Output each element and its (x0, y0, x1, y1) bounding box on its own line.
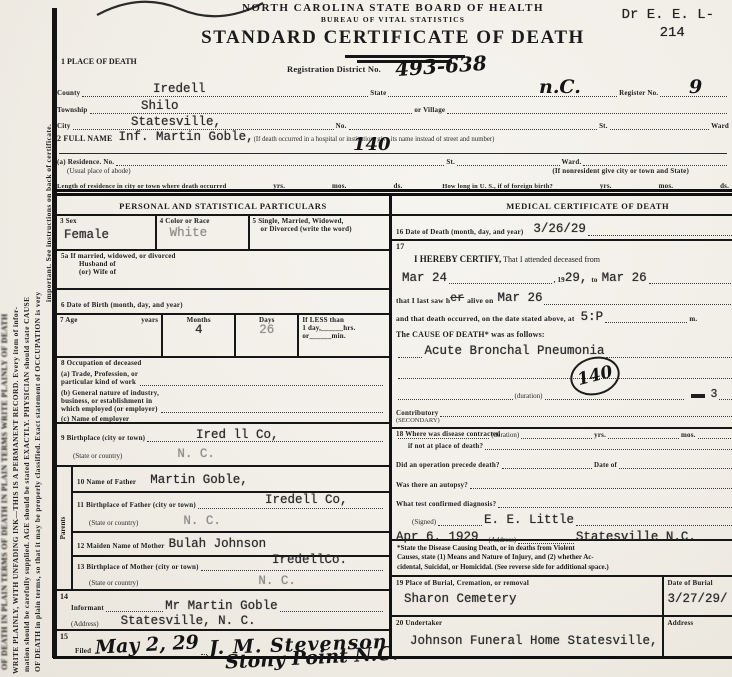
attended-dates-line: Mar 24 , 19 29, to Mar 26 , 19 29 (396, 272, 732, 285)
5a-label: 5a If married, widowed, or divorced (61, 252, 385, 260)
sex-box: 3 Sex Female (57, 216, 157, 249)
years-label: years (141, 316, 158, 355)
burial-date-cell: Date of Burial 3/27/29/ (664, 577, 732, 615)
signed-address-label: (Address) (489, 536, 517, 544)
operation-label: Did an operation precede death? (396, 461, 500, 469)
contributory-line: Contributory (396, 406, 732, 417)
occupation-row: 8 Occupation of deceased (a) Trade, Prof… (57, 358, 389, 424)
informant-address-label: (Address) (71, 620, 99, 628)
undertaker-row: 20 Undertaker Johnson Funeral Home State… (392, 617, 732, 656)
sex-label: 3 Sex (60, 217, 152, 225)
dotted-line (280, 601, 383, 612)
doctor-stamp: Dr E. E. L- 214 (622, 6, 714, 42)
margin-note-line2: mation should be carefully supplied. AGE… (22, 2, 31, 672)
medical-certificate-column: MEDICAL CERTIFICATE OF DEATH 16 Date of … (392, 196, 732, 656)
registration-line: 1 PLACE OF DEATH Registration District N… (57, 57, 729, 77)
state-country-label: (State or country) (73, 452, 122, 460)
residence-ward-label: Ward. (562, 158, 582, 166)
duration-days-value: 3 (710, 389, 717, 401)
race-label: 4 Color or Race (160, 217, 245, 225)
mother-birthplace-state: N. C. (258, 575, 296, 588)
filed-date-handwritten: May 2, 29 (95, 633, 200, 657)
abode-note: (Usual place of abode) (67, 167, 131, 175)
to-label: to (591, 276, 597, 284)
father-state-country-label: (State or country) (89, 519, 138, 527)
dotted-line (398, 389, 513, 400)
age-years-box: 7 Age years (57, 315, 163, 356)
county-row: County State Register No. Iredell n.C. 9 (57, 78, 729, 97)
footnote-line2: Causes, state (1) Means and Nature of In… (397, 553, 732, 562)
full-name-note: (If death occurred in a hospital or inst… (254, 136, 729, 143)
section-17-number: 17 (396, 242, 732, 251)
death-certificate-scan: OF DEATH IN PLAIN TERMS OF DEATH IN PLAI… (0, 0, 732, 677)
occupation-label: 8 Occupation of deceased (61, 359, 385, 367)
dotted-line (605, 312, 687, 323)
mother-name-value: Bulah Johnson (169, 538, 267, 551)
street-label: St. (599, 122, 608, 130)
dotted-line (201, 644, 207, 655)
informant-number: 14 (60, 592, 68, 601)
burial-date-label: Date of Burial (668, 579, 732, 587)
burial-place-cell: 19 Place of Burial, Cremation, or remova… (392, 577, 664, 615)
contributory-label: Contributory (396, 409, 438, 417)
ward-label: Ward (711, 122, 729, 130)
sex-value: Female (64, 229, 152, 242)
dotted-line (140, 375, 383, 386)
residence-label: (a) Residence. No. (57, 158, 114, 166)
residence-st-label: St. (446, 158, 455, 166)
dotted-line (447, 103, 727, 114)
dotted-line (457, 155, 560, 166)
age-label: 7 Age (60, 316, 78, 355)
certification-block: 17 I HEREBY CERTIFY, That I attended dec… (392, 241, 732, 429)
where-contracted-label2: if not at place of death? (408, 442, 483, 450)
m-label: m. (689, 315, 697, 323)
dotted-line (82, 86, 368, 97)
duration-label: (duration) (515, 392, 543, 400)
undertaker-address-label: Address (668, 619, 732, 627)
dotted-line (349, 119, 598, 130)
dotted-line (502, 458, 592, 469)
less-label-2: 1 day,______hrs. (302, 324, 386, 332)
physician-signature: E. E. Little (484, 514, 574, 527)
residence-row: (a) Residence. No. St. Ward. (Usual plac… (57, 154, 729, 175)
19-prefix-a: , 19 (554, 276, 565, 284)
informant-address-value: Statesville, N. C. (121, 615, 256, 628)
register-no-value: 9 (689, 78, 702, 97)
occ-c-label: (c) Name of employer (61, 415, 385, 423)
stamp-line1: Dr E. E. L- (622, 6, 714, 24)
informant-row: 14 Informant Mr Martin Goble (Address) S… (57, 591, 389, 631)
undertaker-address-cell: Address (664, 617, 732, 656)
dotted-line (438, 515, 482, 526)
secondary-label: (SECONDARY) (396, 417, 732, 424)
personal-particulars-column: PERSONAL AND STATISTICAL PARTICULARS 3 S… (57, 196, 392, 656)
dotted-line (388, 86, 617, 97)
occ-a-line2: particular kind of work (61, 378, 138, 386)
date-of-death-label: 16 Date of Death (month, day, and year) (396, 228, 523, 236)
left-column-header: PERSONAL AND STATISTICAL PARTICULARS (57, 196, 389, 216)
alive-on-label: alive on (467, 296, 493, 305)
married-widowed-row: 5a If married, widowed, or divorced Husb… (57, 251, 389, 290)
occ-b-line3: which employed (or employer) (61, 405, 159, 413)
mother-birthplace-label: 13 Birthplace of Mother (city or town) (77, 563, 199, 571)
father-name-label: 10 Name of Father (77, 478, 136, 486)
father-birthplace-value: Iredell Co, (265, 494, 348, 507)
last-saw-overstrike: er (450, 293, 464, 305)
certificate-columns: PERSONAL AND STATISTICAL PARTICULARS 3 S… (57, 196, 732, 656)
state-value: n.C. (539, 78, 581, 97)
dotted-line (398, 368, 732, 379)
attended-from-year: 29, (565, 272, 588, 285)
father-birthplace-label: 11 Birthplace of Father (city or town) (77, 501, 196, 509)
dob-label: 6 Date of Birth (month, day, and year) (61, 301, 385, 309)
disease-questions-block: 18 Where was disease contracted if not a… (392, 429, 732, 541)
township-row: Township or Village Shilo (57, 97, 729, 114)
full-name-row: 2 FULL NAME Inf. Martin Goble, (If death… (57, 130, 729, 154)
city-label: City (57, 122, 71, 130)
signed-date-value: Apr 6. 1929 (396, 531, 479, 544)
dotted-line (619, 458, 732, 469)
date-of-death-row: 16 Date of Death (month, day, and year) … (392, 216, 732, 241)
last-saw-label: that I last saw h (396, 296, 450, 305)
heavy-divider (53, 189, 732, 192)
age-days-box: Days 26 (236, 315, 299, 356)
date-of-label: Date of (594, 461, 617, 469)
attended-to-value: Mar 26 (602, 272, 647, 285)
signed-address-value: Statesville N.C. (576, 531, 696, 544)
occ-a-line1: (a) Trade, Profession, or (61, 370, 138, 378)
duration-line: (duration) 3 (396, 389, 732, 401)
dotted-line (576, 515, 732, 526)
age-row: 7 Age years Months 4 Days 26 If LESS tha… (57, 315, 389, 358)
footnote-block: *State the Disease Causing Death, or in … (392, 541, 732, 577)
circled-number-value: 140 (576, 363, 615, 388)
county-label: County (57, 89, 80, 97)
rule-line (59, 143, 727, 154)
months-value: 4 (166, 324, 231, 337)
state-label: State (370, 89, 386, 97)
undertaker-value: Johnson Funeral Home Statesville, (410, 635, 658, 648)
race-value: White (170, 227, 245, 240)
burial-row: 19 Place of Burial, Cremation, or remova… (392, 577, 732, 617)
marital-label-line2: or Divorced (write the word) (261, 225, 386, 233)
dotted-line (470, 478, 732, 489)
age-months-box: Months 4 (163, 315, 236, 356)
village-label: or Village (414, 106, 445, 114)
stamp-line2: 214 (660, 24, 714, 42)
days-value: 26 (239, 324, 294, 337)
attended-from-value: Mar 24 (402, 272, 447, 285)
registration-district-value: 493-638 (394, 53, 487, 79)
dotted-line (161, 402, 383, 413)
where-contracted-label: 18 Where was disease contracted (396, 430, 732, 438)
cause-of-death-label: The CAUSE OF DEATH* was as follows: (396, 330, 732, 339)
father-name-row: 10 Name of Father Martin Goble, (73, 467, 389, 493)
house-number-handwritten: 140 (353, 136, 391, 154)
father-birthplace-state: N. C. (183, 515, 221, 528)
registration-district-label: Registration District No. (287, 64, 381, 74)
city-value: Statesville, (131, 116, 221, 129)
informant-label: Informant (71, 604, 104, 612)
less-label-1: If LESS than (302, 316, 386, 324)
marital-label-line1: 5 Single, Married, Widowed, (253, 217, 386, 225)
dotted-line (606, 347, 732, 358)
death-occurred-line: and that death occurred, on the date sta… (396, 311, 732, 324)
burial-place-label: 19 Place of Burial, Cremation, or remova… (396, 579, 658, 587)
cause-of-death-value: Acute Bronchal Pneumonia (424, 345, 604, 358)
date-of-death-value: 3/26/29 (533, 223, 586, 236)
last-saw-line: that I last saw h er alive on Mar 26 , 1… (396, 292, 732, 305)
certify-rest: That I attended deceased from (503, 255, 600, 264)
dotted-line (106, 601, 163, 612)
register-no-label: Register No. (619, 89, 658, 97)
dotted-line (588, 225, 732, 236)
birthplace-row: 9 Birthplace (city or town) Ired ll Co, … (57, 424, 389, 467)
autopsy-label: Was there an autopsy? (396, 481, 468, 489)
nonresident-note: (If nonresident give city or town and St… (552, 167, 689, 175)
place-of-death-section-label: 1 PLACE OF DEATH (61, 57, 137, 66)
full-name-value: Inf. Martin Goble, (119, 131, 254, 144)
father-name-value: Martin Goble, (150, 474, 248, 487)
left-margin: OF DEATH IN PLAIN TERMS OF DEATH IN PLAI… (0, 0, 56, 677)
dotted-line (90, 103, 413, 114)
margin-smudge-text: OF DEATH IN PLAIN TERMS OF DEATH IN PLAI… (0, 0, 9, 670)
informant-value: Mr Martin Goble (165, 600, 278, 613)
township-label: Township (57, 106, 88, 114)
county-value: Iredell (153, 83, 206, 96)
parents-label: Parents (59, 516, 67, 539)
certify-bold: I HEREBY CERTIFY, (414, 254, 501, 264)
certify-sentence: I HEREBY CERTIFY, That I attended deceas… (414, 254, 732, 264)
dotted-line (116, 155, 444, 166)
dotted-line (544, 294, 732, 305)
dotted-line (440, 406, 732, 417)
dotted-line (449, 273, 552, 284)
parents-vertical-label-cell: Parents (57, 467, 73, 589)
dotted-line (610, 119, 709, 130)
margin-note-line3: OF DEATH in plain terms, so that it may … (33, 2, 42, 672)
less-than-day-box: If LESS than 1 day,______hrs. or______mi… (299, 315, 389, 356)
less-label-3: or______min. (302, 332, 386, 340)
cause-line: Acute Bronchal Pneumonia (396, 345, 732, 358)
street-no-label: No. (336, 122, 347, 130)
burial-date-value: 3/27/29/ (668, 593, 732, 606)
undertaker-label: 20 Undertaker (396, 619, 658, 627)
birthplace-value: Ired ll Co, (196, 429, 279, 442)
dotted-line (649, 273, 732, 284)
undertaker-cell: 20 Undertaker Johnson Funeral Home State… (392, 617, 664, 656)
birthplace-label: 9 Birthplace (city or town) (61, 434, 145, 442)
last-saw-date: Mar 26 (497, 292, 542, 305)
burial-place-value: Sharon Cemetery (404, 593, 658, 606)
sex-race-marital-row: 3 Sex Female 4 Color or Race White 5 Sin… (57, 216, 389, 251)
marital-box: 5 Single, Married, Widowed, or Divorced … (250, 216, 389, 249)
occ-b-line2: business, or establishment in (61, 397, 159, 405)
footnote-line1: *State the Disease Causing Death, or in … (397, 544, 732, 553)
dotted-line (518, 533, 574, 544)
smudged-yrs-label (691, 394, 705, 398)
death-time-value: 5:P (581, 311, 604, 324)
dotted-line (545, 389, 685, 400)
dotted-line (583, 155, 727, 166)
parents-section: Parents 10 Name of Father Martin Goble, … (57, 467, 389, 591)
dotted-line (485, 439, 732, 450)
father-birthplace-row: 11 Birthplace of Father (city or town) I… (73, 493, 389, 533)
footnote-line3: cidental, Suicidal, or Homicidal. (See r… (397, 563, 732, 572)
place-of-death-block: County State Register No. Iredell n.C. 9… (57, 78, 729, 190)
length-of-residence-row: Length of residence in city or town wher… (57, 175, 729, 190)
city-row: City No. St. Ward Statesville, (57, 114, 729, 130)
full-name-label: 2 FULL NAME (57, 134, 113, 143)
signed-label: (Signed) (412, 518, 436, 526)
date-of-birth-row: 6 Date of Birth (month, day, and year) (57, 290, 389, 315)
race-box: 4 Color or Race White (157, 216, 250, 249)
death-occurred-label: and that death occurred, on the date sta… (396, 314, 575, 323)
dotted-line (719, 389, 732, 400)
mother-state-country-label: (State or country) (89, 579, 138, 587)
test-label: What test confirmed diagnosis? (396, 500, 496, 508)
filed-label: Filed (75, 647, 91, 655)
dotted-line (498, 497, 732, 508)
blank-cause-line (396, 368, 732, 379)
birthplace-state-value: N. C. (177, 448, 215, 461)
right-column-header: MEDICAL CERTIFICATE OF DEATH (392, 196, 732, 216)
dotted-line (398, 347, 422, 358)
mother-name-label: 12 Maiden Name of Mother (77, 542, 165, 550)
occ-b-line1: (b) General nature of industry, (61, 389, 159, 397)
mother-birthplace-value: IredellCo. (272, 554, 347, 567)
township-value: Shilo (141, 100, 179, 113)
husband-of-label: Husband of (79, 260, 385, 268)
wife-of-label: (or) Wife of (79, 268, 385, 276)
mother-birthplace-row: 13 Birthplace of Mother (city or town) I… (73, 557, 389, 589)
margin-note-line1: WRITE PLAINLY, WITH UNFADING INK—THIS IS… (11, 4, 20, 674)
